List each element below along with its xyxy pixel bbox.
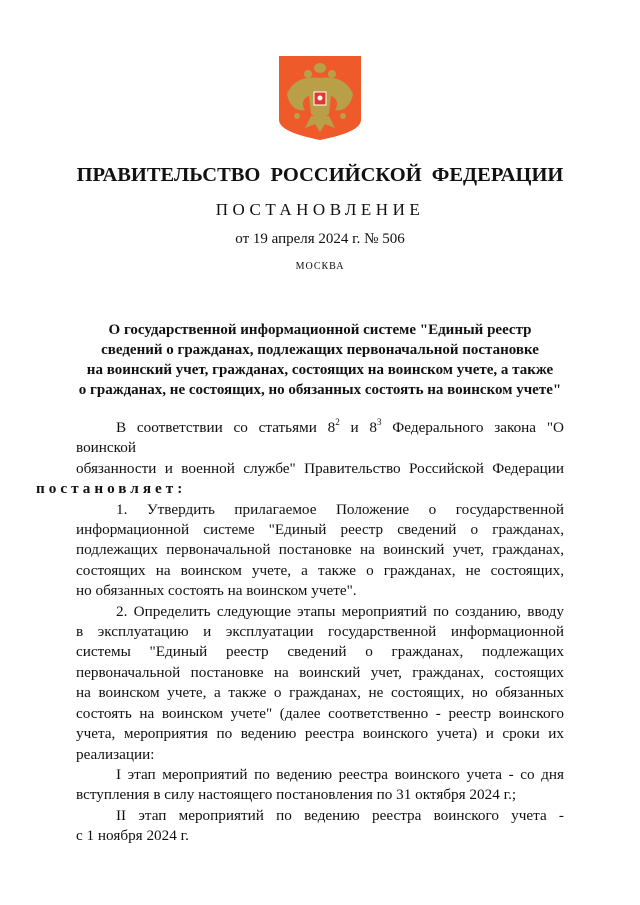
document-city: МОСКВА — [0, 261, 640, 272]
stage-1: I этап мероприятий по ведению реестра во… — [76, 765, 564, 806]
heading-line: О государственной информационной системе… — [70, 320, 570, 340]
document-date-number: от 19 апреля 2024 г. № 506 — [0, 231, 640, 248]
government-title: ПРАВИТЕЛЬСТВО РОССИЙСКОЙ ФЕДЕРАЦИИ — [0, 164, 640, 187]
document-body: В соответствии со статьями 82 и 83 Федер… — [76, 418, 564, 847]
paragraph-1: 1. Утвердить прилагаемое Положение о гос… — [76, 500, 564, 602]
preamble-line: обязанности и военной службе" Правительс… — [76, 459, 564, 479]
preamble: В соответствии со статьями 82 и 83 Федер… — [76, 418, 564, 500]
paragraph-2: 2. Определить следующие этапы мероприяти… — [76, 602, 564, 765]
heading-line: сведений о гражданах, подлежащих первона… — [70, 340, 570, 360]
heading-line: о гражданах, не состоящих, но обязанных … — [70, 380, 570, 400]
stage-2: II этап мероприятий по ведению реестра в… — [76, 806, 564, 847]
preamble-line: В соответствии со статьями 82 и 83 Федер… — [76, 418, 564, 459]
russian-coat-of-arms-icon — [275, 54, 365, 142]
resolves-word: постановляет: — [36, 479, 564, 499]
document-type: ПОСТАНОВЛЕНИЕ — [0, 200, 640, 220]
heading-line: на воинский учет, гражданах, состоящих н… — [70, 360, 570, 380]
document-heading: О государственной информационной системе… — [70, 320, 570, 400]
